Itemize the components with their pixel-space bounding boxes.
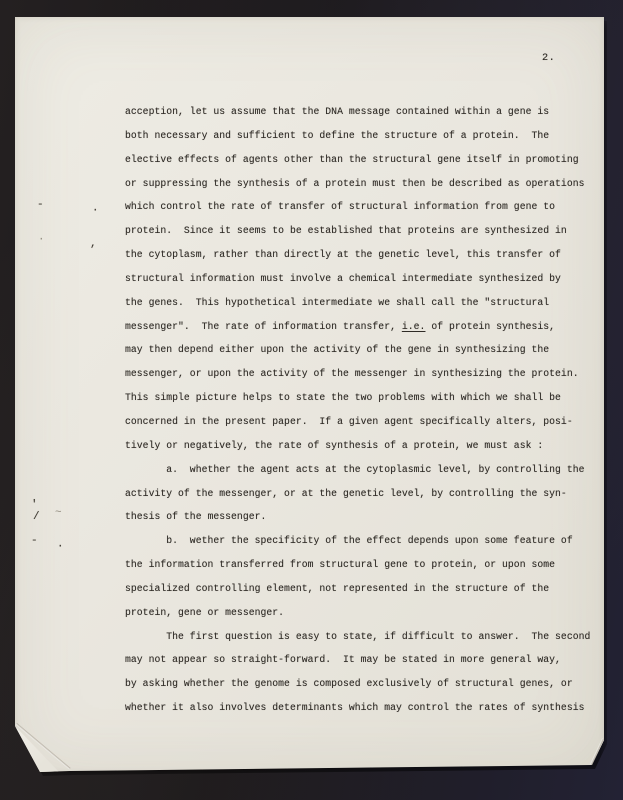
typed-segment: messenger". The rate of information tran… xyxy=(125,321,402,332)
underlined-text: i.e. xyxy=(402,321,426,332)
margin-mark: / xyxy=(33,512,40,523)
typed-segment: may not appear so straight-forward. It m… xyxy=(125,654,561,665)
typed-segment: or suppressing the synthesis of a protei… xyxy=(125,178,585,189)
typed-segment: of protein synthesis, xyxy=(425,321,555,332)
typed-segment: the information transferred from structu… xyxy=(125,559,555,570)
typed-line: messenger". The rate of information tran… xyxy=(125,315,603,339)
typed-segment: protein. Since it seems to be establishe… xyxy=(125,225,567,236)
typed-segment: The first question is easy to state, if … xyxy=(125,631,590,642)
typed-line: protein. Since it seems to be establishe… xyxy=(125,219,603,243)
typed-segment: b. wether the specificity of the effect … xyxy=(125,535,573,546)
typed-segment: specialized controlling element, not rep… xyxy=(125,583,549,594)
typed-line: or suppressing the synthesis of a protei… xyxy=(125,172,603,196)
typed-segment: a. whether the agent acts at the cytopla… xyxy=(125,464,585,475)
margin-mark: ~ xyxy=(55,508,62,519)
typed-segment: by asking whether the genome is composed… xyxy=(125,678,573,689)
typed-line: whether it also involves determinants wh… xyxy=(125,696,603,720)
typed-segment: which control the rate of transfer of st… xyxy=(125,201,555,212)
typed-segment: messenger, or upon the activity of the m… xyxy=(125,368,579,379)
typed-line: acception, let us assume that the DNA me… xyxy=(125,100,603,124)
typed-segment: tively or negatively, the rate of synthe… xyxy=(125,440,543,451)
typed-segment: concerned in the present paper. If a giv… xyxy=(125,416,573,427)
typed-line: the information transferred from structu… xyxy=(125,553,603,577)
typed-line: specialized controlling element, not rep… xyxy=(125,577,603,601)
typed-segment: whether it also involves determinants wh… xyxy=(125,702,585,713)
typed-line: by asking whether the genome is composed… xyxy=(125,672,603,696)
corner-fold-bottom-left xyxy=(15,724,63,774)
page-number: 2. xyxy=(542,53,555,64)
typed-line: the genes. This hypothetical intermediat… xyxy=(125,291,603,315)
typed-segment: protein, gene or messenger. xyxy=(125,607,284,618)
typed-line: the cytoplasm, rather than directly at t… xyxy=(125,243,603,267)
typed-segment: the cytoplasm, rather than directly at t… xyxy=(125,249,561,260)
typed-line: concerned in the present paper. If a giv… xyxy=(125,410,603,434)
margin-mark: · xyxy=(38,235,45,246)
typed-line: elective effects of agents other than th… xyxy=(125,148,603,172)
margin-mark: - xyxy=(31,536,38,547)
typed-segment: structural information must involve a ch… xyxy=(125,273,561,284)
typed-segment: may then depend either upon the activity… xyxy=(125,344,549,355)
typed-line: protein, gene or messenger. xyxy=(125,601,603,625)
typed-segment: the genes. This hypothetical intermediat… xyxy=(125,297,549,308)
typed-line: may then depend either upon the activity… xyxy=(125,338,603,362)
document-page: 2. acception, let us assume that the DNA… xyxy=(15,17,604,773)
typed-line: messenger, or upon the activity of the m… xyxy=(125,362,603,386)
margin-mark: · xyxy=(92,206,99,217)
typed-line: b. wether the specificity of the effect … xyxy=(125,529,603,553)
typed-line: which control the rate of transfer of st… xyxy=(125,195,603,219)
typed-segment: both necessary and sufficient to define … xyxy=(125,130,549,141)
typed-line: activity of the messenger, or at the gen… xyxy=(125,482,603,506)
typed-line: both necessary and sufficient to define … xyxy=(125,124,603,148)
typed-line: structural information must involve a ch… xyxy=(125,267,603,291)
typed-line: tively or negatively, the rate of synthe… xyxy=(125,434,603,458)
typed-line: thesis of the messenger. xyxy=(125,505,603,529)
margin-mark: · xyxy=(57,542,64,553)
typed-segment: activity of the messenger, or at the gen… xyxy=(125,488,567,499)
photo-backdrop: 2. acception, let us assume that the DNA… xyxy=(0,0,623,800)
typed-segment: acception, let us assume that the DNA me… xyxy=(125,106,549,117)
typed-line: a. whether the agent acts at the cytopla… xyxy=(125,458,603,482)
margin-mark: , xyxy=(90,239,97,250)
typed-text: acception, let us assume that the DNA me… xyxy=(125,100,603,720)
typed-line: may not appear so straight-forward. It m… xyxy=(125,648,603,672)
typed-segment: thesis of the messenger. xyxy=(125,511,266,522)
typed-line: The first question is easy to state, if … xyxy=(125,625,603,649)
typed-line: This simple picture helps to state the t… xyxy=(125,386,603,410)
margin-mark: ' xyxy=(31,500,38,511)
typed-segment: This simple picture helps to state the t… xyxy=(125,392,561,403)
typed-segment: elective effects of agents other than th… xyxy=(125,154,579,165)
margin-mark: - xyxy=(37,200,44,211)
